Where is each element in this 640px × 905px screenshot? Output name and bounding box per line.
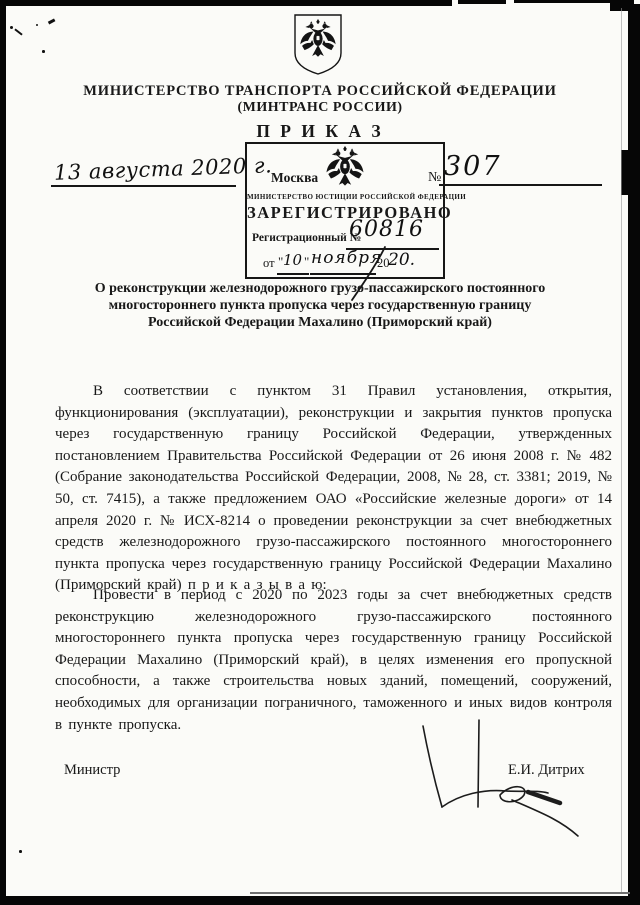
scan-edge-bottom-thin — [250, 892, 630, 894]
stamp-reg-number-handwritten: 60816 — [349, 217, 424, 242]
order-title-line1: О реконструкции железнодорожного грузо-п… — [60, 281, 580, 298]
order-title-line2: многостороннего пункта пропуска через го… — [60, 298, 580, 315]
date-underline — [51, 185, 236, 187]
ink-speck — [10, 26, 13, 29]
order-title-line3: Российской Федерации Махалино (Приморски… — [60, 315, 580, 332]
scan-edge-top-dash2 — [514, 0, 614, 3]
stamp-year-handwritten: 20. — [388, 250, 415, 270]
handwritten-date: 13 августа 2020 г. — [54, 153, 273, 185]
stamp-eagle-icon — [323, 146, 367, 190]
stamp-day-underline — [277, 273, 309, 275]
scan-edge-bottom — [0, 896, 640, 905]
coat-of-arms-icon — [291, 13, 345, 76]
stamp-month-underline — [310, 273, 376, 275]
ink-mark — [14, 28, 22, 35]
stamp-month-handwritten: ноября — [311, 248, 382, 268]
ink-speck — [42, 50, 45, 53]
order-title: О реконструкции железнодорожного грузо-п… — [60, 281, 580, 331]
document-type-heading: П Р И К А З — [0, 121, 640, 142]
body-paragraph-order: Провести в период с 2020 по 2023 годы за… — [55, 585, 612, 736]
number-underline — [439, 184, 602, 186]
signer-role: Министр — [64, 762, 120, 779]
ministry-short-name: (МИНТРАНС РОССИИ) — [0, 100, 640, 116]
scan-edge-top-dash — [458, 0, 506, 4]
ink-speck — [36, 24, 38, 26]
stamp-reg-number-label: Регистрационный № — [252, 232, 361, 244]
body-paragraph-preamble: В соответствии с пунктом 31 Правил устан… — [55, 381, 612, 597]
handwritten-number: 307 — [444, 151, 502, 182]
scanned-order-page: МИНИСТЕРСТВО ТРАНСПОРТА РОССИЙСКОЙ ФЕДЕР… — [0, 0, 640, 905]
stamp-date-from: от — [263, 256, 275, 271]
stamp-quote-close: " — [304, 254, 309, 270]
ink-speck — [19, 850, 22, 853]
scan-edge-top — [0, 0, 452, 6]
registration-stamp: МИНИСТЕРСТВО ЮСТИЦИИ РОССИЙСКОЙ ФЕДЕРАЦИ… — [245, 142, 445, 279]
scan-edge-right-blob — [621, 150, 640, 195]
signer-name: Е.И. Дитрих — [508, 762, 585, 779]
stamp-day-handwritten: 10 — [283, 251, 302, 269]
stamp-agency: МИНИСТЕРСТВО ЮСТИЦИИ РОССИЙСКОЙ ФЕДЕРАЦИ… — [247, 193, 443, 201]
ministry-name: МИНИСТЕРСТВО ТРАНСПОРТА РОССИЙСКОЙ ФЕДЕР… — [0, 83, 640, 100]
ink-mark — [48, 19, 55, 24]
